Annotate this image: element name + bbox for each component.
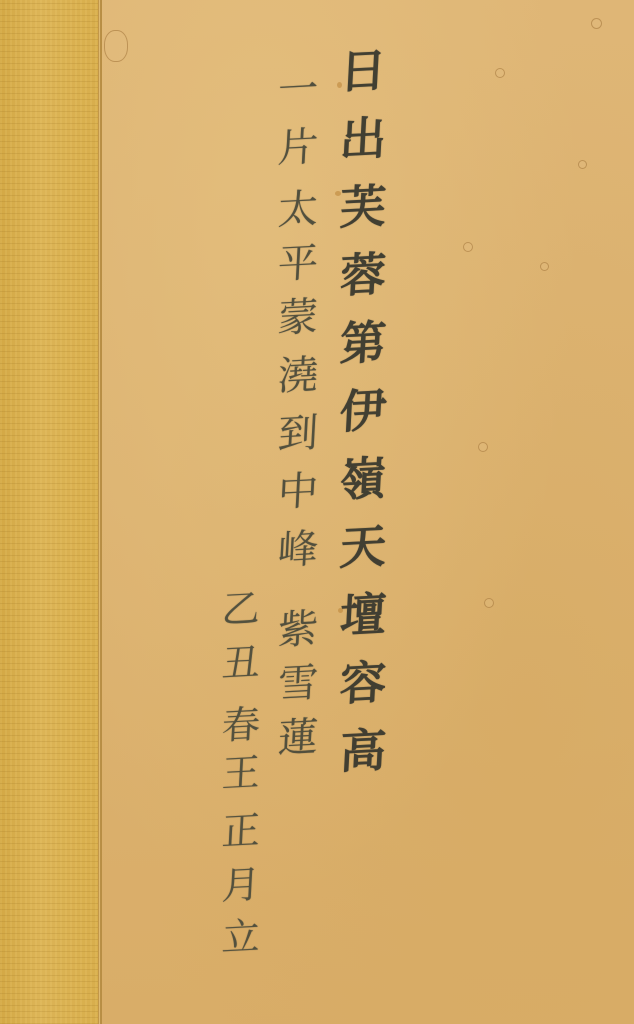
glyph: 片 [277, 127, 319, 169]
glyph: 天 [339, 523, 388, 571]
glyph: 乙 [221, 589, 261, 629]
foxing-spot [484, 598, 494, 608]
glyph: 第 [339, 319, 388, 367]
glyph: 出 [339, 115, 388, 163]
glyph: 月 [221, 865, 261, 905]
glyph: 日 [339, 47, 388, 95]
foxing-spot [591, 18, 602, 29]
glyph: 容 [339, 659, 388, 707]
glyph: 春 [221, 705, 261, 745]
glyph: 雪 [277, 663, 319, 705]
calligraphy-column-3-date: 乙 丑 春 王 正 月 立 [222, 590, 260, 956]
foxing-spot [463, 242, 473, 252]
glyph: 紫 [277, 609, 319, 651]
calligraphy-column-2: 一 片 太 平 蒙 澆 到 中 峰 紫 雪 蓮 [278, 70, 318, 758]
glyph: 一 [277, 69, 319, 111]
foxing-spot [478, 442, 488, 452]
foxing-spot [540, 262, 549, 271]
glyph: 到 [277, 413, 319, 455]
glyph: 正 [221, 811, 261, 851]
foxing-spot [495, 68, 505, 78]
glyph: 芙 [339, 183, 388, 231]
brocade-mounting [0, 0, 98, 1024]
glyph: 澆 [277, 355, 319, 397]
glyph: 蒙 [277, 297, 319, 339]
glyph: 丑 [221, 643, 261, 683]
glyph: 壇 [339, 591, 388, 639]
glyph: 蓉 [339, 251, 388, 299]
glyph: 蓮 [277, 717, 319, 759]
glyph: 嶺 [339, 455, 388, 503]
glyph: 王 [221, 753, 261, 793]
glyph: 峰 [277, 529, 319, 571]
glyph: 平 [277, 243, 319, 285]
glyph: 伊 [339, 387, 388, 435]
calligraphy-column-1: 日 出 芙 蓉 第 伊 嶺 天 壇 容 高 [340, 48, 386, 774]
glyph: 太 [277, 189, 319, 231]
water-stain [104, 30, 128, 62]
foxing-spot [578, 160, 587, 169]
glyph: 高 [339, 727, 388, 775]
glyph: 中 [277, 471, 319, 513]
glyph: 立 [221, 917, 261, 957]
